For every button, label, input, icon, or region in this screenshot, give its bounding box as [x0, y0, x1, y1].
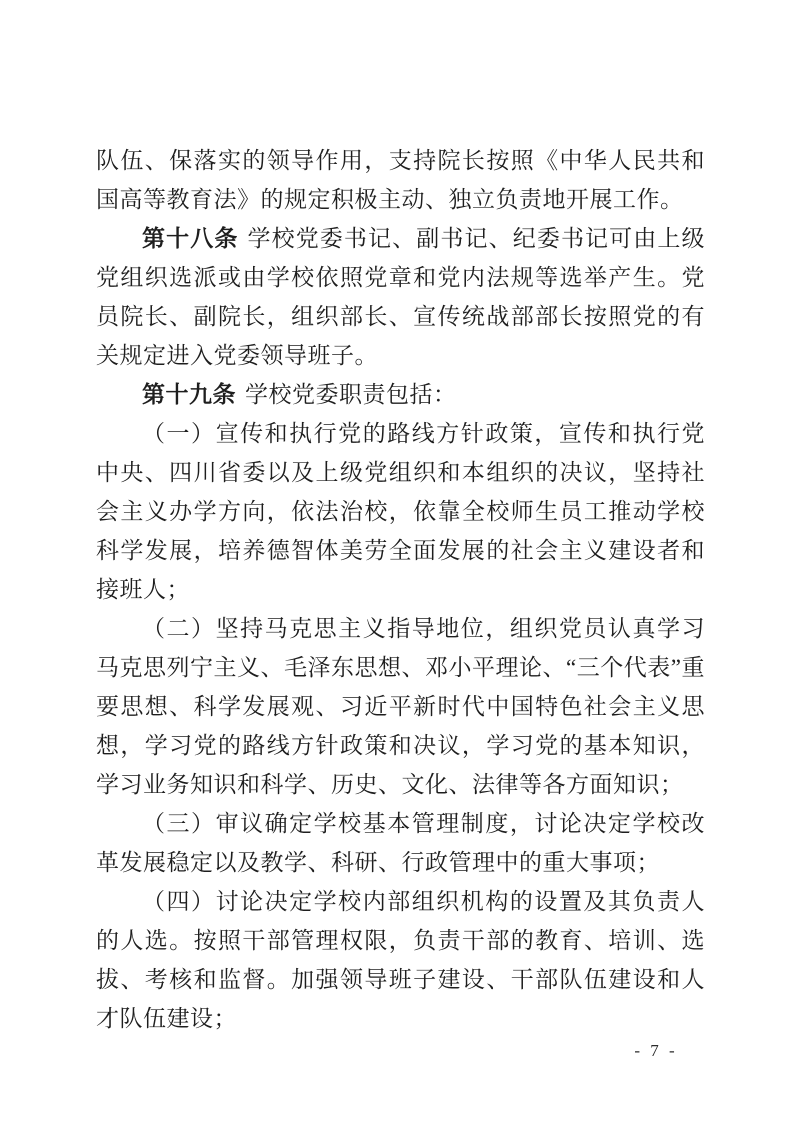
paragraph-item-1: （一）宣传和执行党的路线方针政策，宣传和执行党中央、四川省委以及上级党组织和本组… — [96, 414, 705, 609]
document-page: 队伍、保落实的领导作用，支持院长按照《中华人民共和国高等教育法》的规定积极主动、… — [0, 0, 793, 1122]
paragraph-article-19: 第十九条学校党委职责包括： — [96, 375, 705, 414]
paragraph-text: 队伍、保落实的领导作用，支持院长按照《中华人民共和国高等教育法》的规定积极主动、… — [96, 148, 705, 212]
paragraph-text: （一）宣传和执行党的路线方针政策，宣传和执行党中央、四川省委以及上级党组织和本组… — [96, 421, 705, 602]
paragraph-article-18: 第十八条学校党委书记、副书记、纪委书记可由上级党组织选派或由学校依照党章和党内法… — [96, 219, 705, 375]
article-number: 第十八条 — [142, 226, 238, 251]
paragraph-item-3: （三）审议确定学校基本管理制度，讨论决定学校改革发展稳定以及教学、科研、行政管理… — [96, 804, 705, 882]
paragraph-item-4: （四）讨论决定学校内部组织机构的设置及其负责人的人选。按照干部管理权限，负责干部… — [96, 882, 705, 1038]
paragraph-continuation: 队伍、保落实的领导作用，支持院长按照《中华人民共和国高等教育法》的规定积极主动、… — [96, 141, 705, 219]
paragraph-text: 学校党委职责包括： — [245, 382, 457, 407]
paragraph-text: （四）讨论决定学校内部组织机构的设置及其负责人的人选。按照干部管理权限，负责干部… — [96, 889, 705, 1031]
article-number: 第十九条 — [142, 382, 236, 407]
page-number: - 7 - — [620, 1039, 692, 1063]
paragraph-item-2: （二）坚持马克思主义指导地位，组织党员认真学习马克思列宁主义、毛泽东思想、邓小平… — [96, 609, 705, 804]
paragraph-text: （二）坚持马克思主义指导地位，组织党员认真学习马克思列宁主义、毛泽东思想、邓小平… — [96, 616, 705, 797]
document-body: 队伍、保落实的领导作用，支持院长按照《中华人民共和国高等教育法》的规定积极主动、… — [96, 141, 705, 1038]
paragraph-text: （三）审议确定学校基本管理制度，讨论决定学校改革发展稳定以及教学、科研、行政管理… — [96, 811, 705, 875]
